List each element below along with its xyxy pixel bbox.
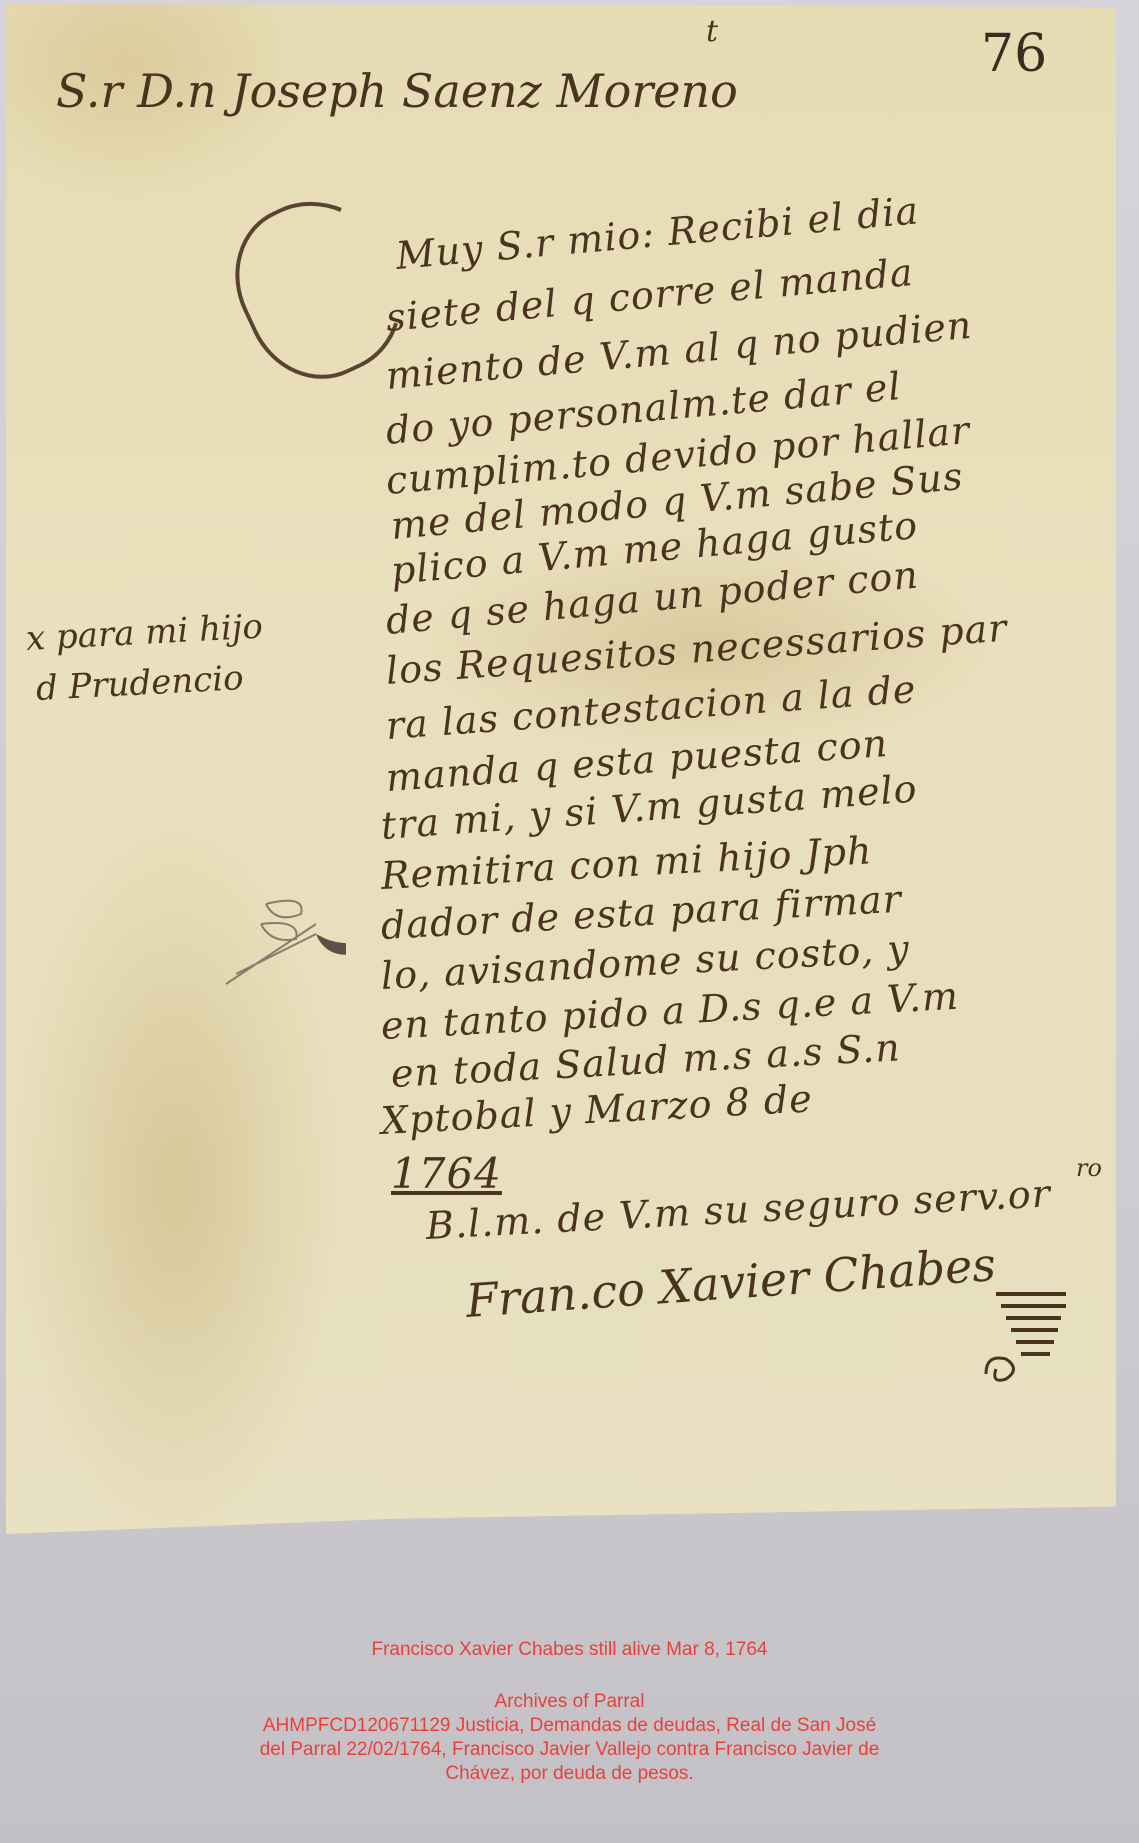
- letter-line-year: 1764: [391, 1149, 502, 1198]
- folio-number: 76: [981, 24, 1047, 84]
- caption-reference-line: AHMPFCD120671129 Justicia, Demandas de d…: [0, 1714, 1139, 1738]
- margin-note-line: x para mi hijo: [25, 607, 264, 659]
- caption-archive: Archives of Parral: [0, 1690, 1139, 1714]
- signature-rubric: [966, 1284, 1076, 1394]
- margin-note-line: d Prudencio: [35, 658, 245, 709]
- signature: Fran.co Xavier Chabes: [464, 1237, 997, 1328]
- addressee-superscript: t: [706, 14, 718, 49]
- addressee-line: S.r D.n Joseph Saenz Moreno: [56, 64, 738, 118]
- closing-superscript: ro: [1076, 1154, 1102, 1182]
- closing-line: B.l.m. de V.m su seguro serv.or: [425, 1171, 1052, 1248]
- manuscript-page: S.r D.n Joseph Saenz Moreno t 76 Muy S.r…: [6, 4, 1116, 1534]
- caption-title: Francisco Xavier Chabes still alive Mar …: [0, 1638, 1139, 1662]
- caption-reference-line: Chávez, por deuda de pesos.: [0, 1762, 1139, 1786]
- pen-flourish-doodle: [206, 884, 346, 1004]
- caption-reference-line: del Parral 22/02/1764, Francisco Javier …: [0, 1738, 1139, 1762]
